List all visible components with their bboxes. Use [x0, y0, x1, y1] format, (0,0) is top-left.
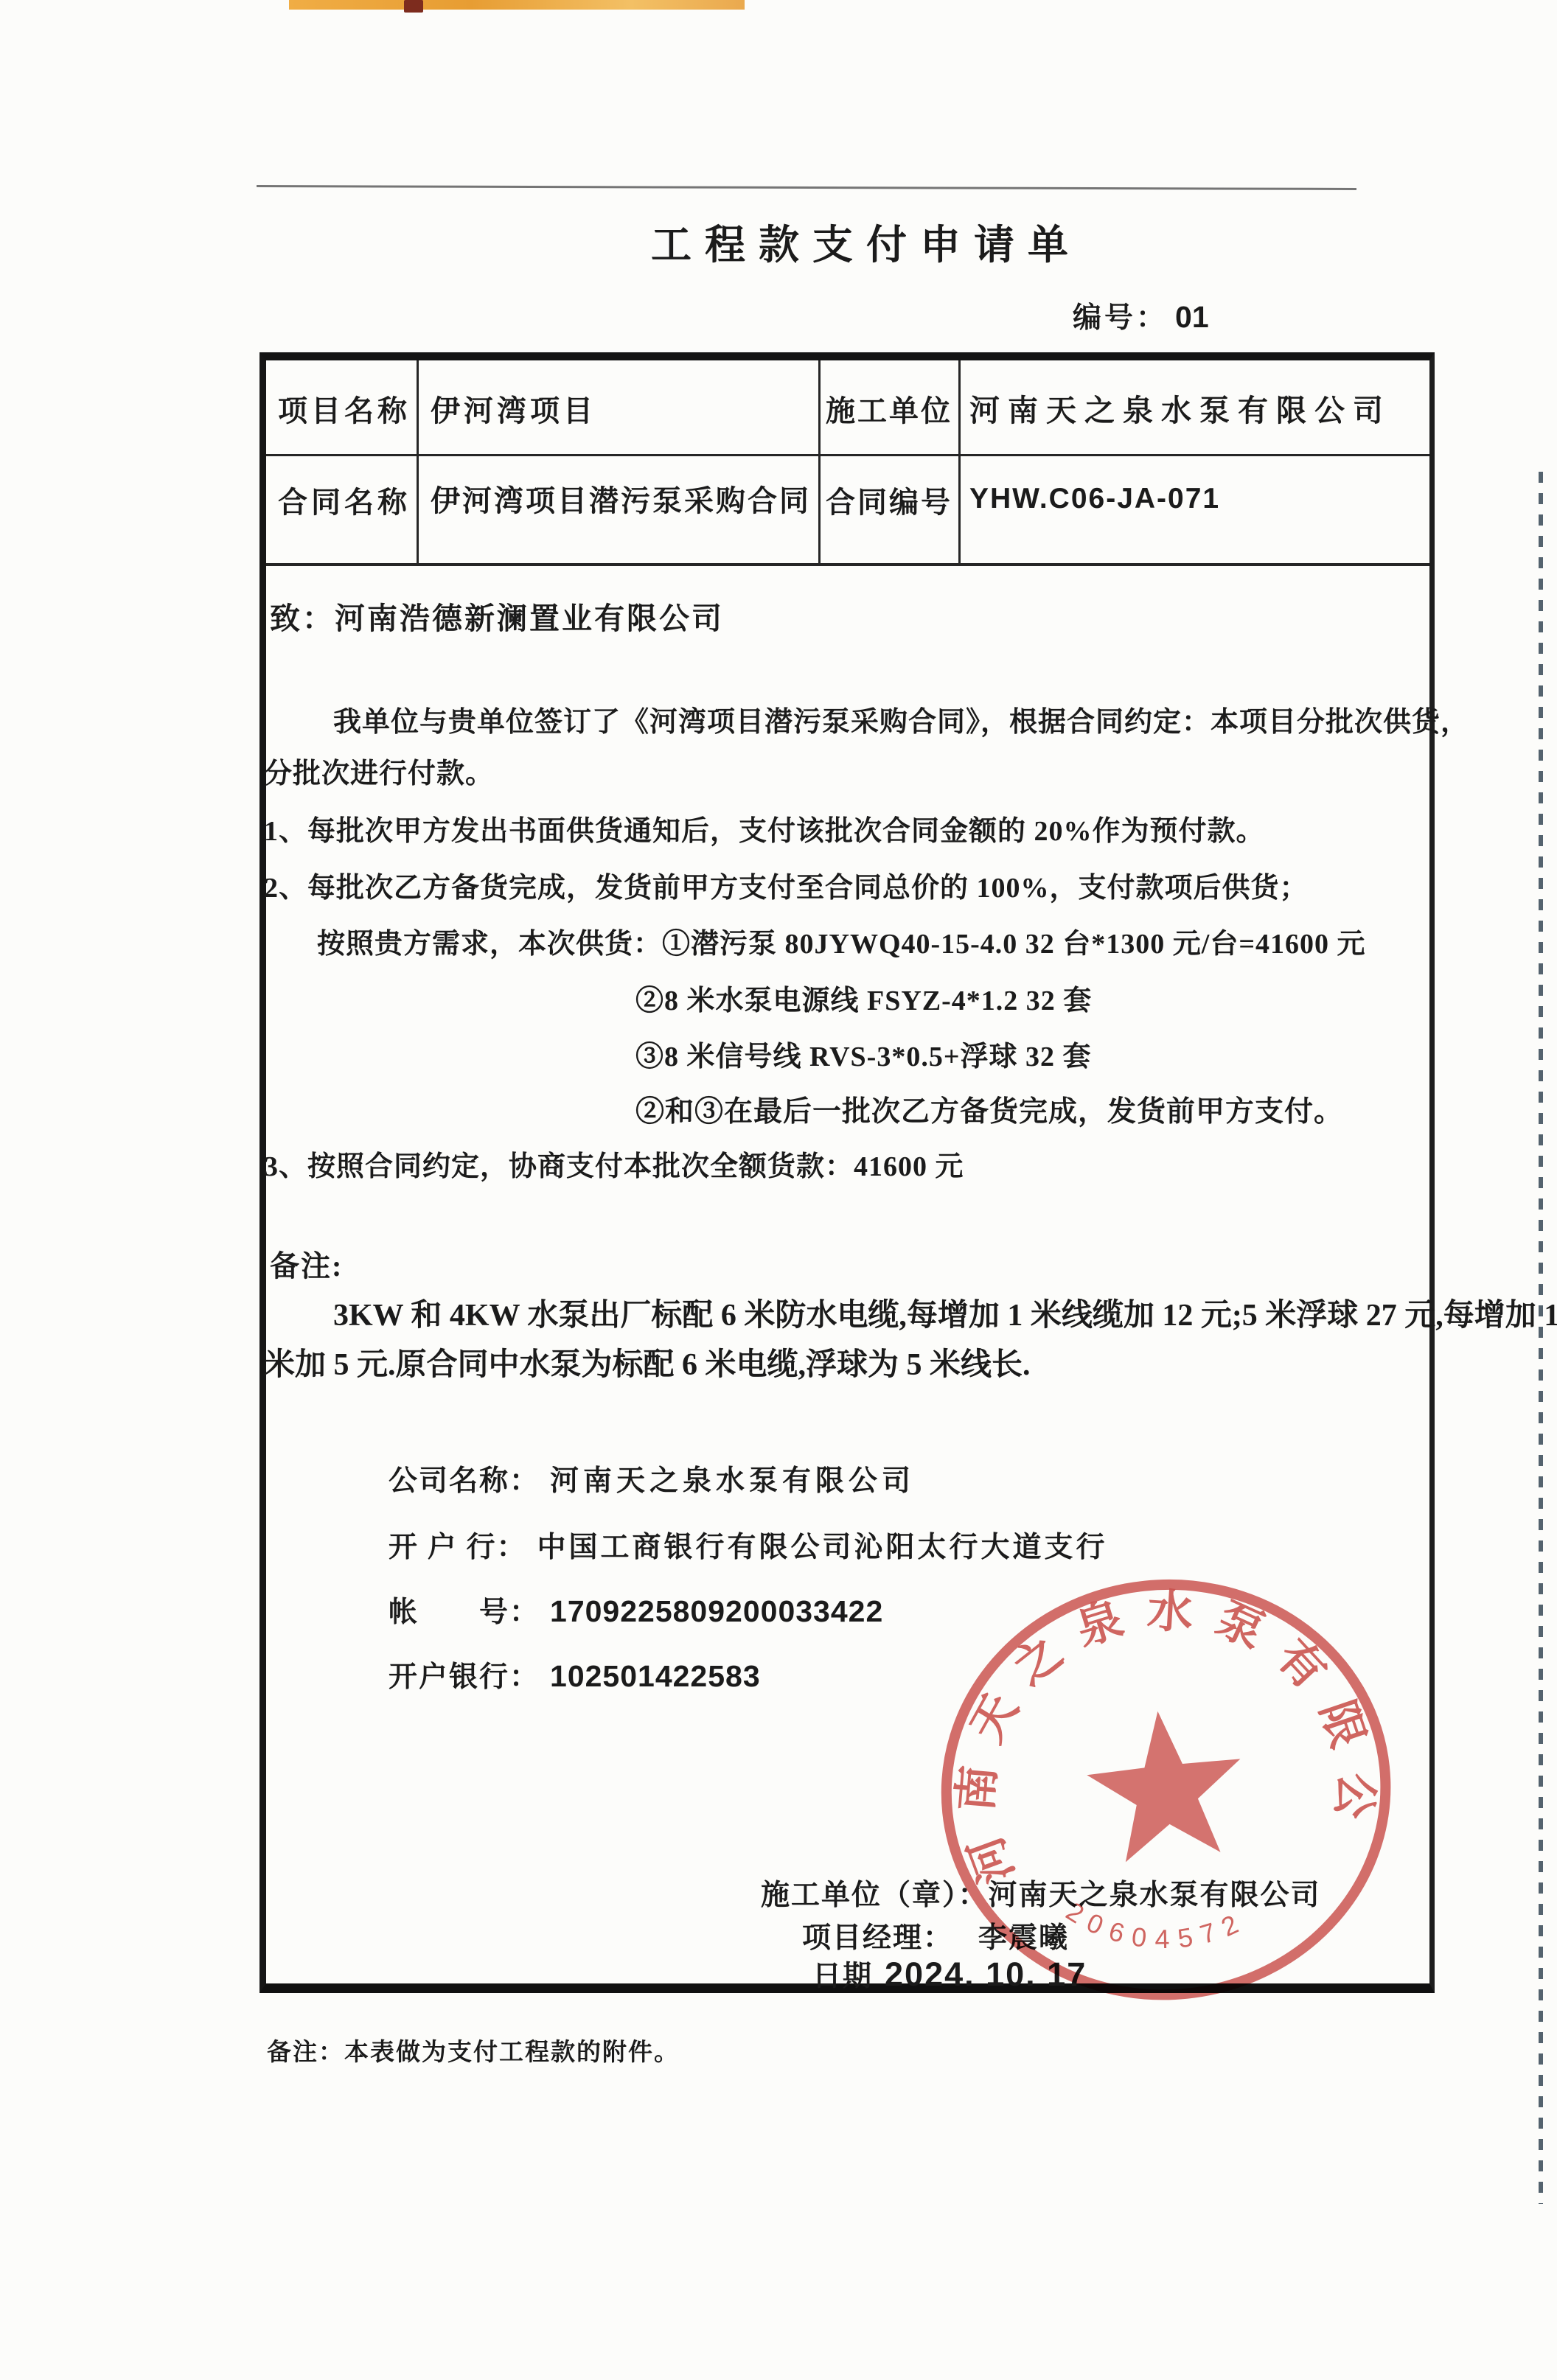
clause-2: 2、每批次乙方备货完成，发货前甲方支付至合同总价的 100%，支付款项后供货； — [264, 865, 1309, 905]
remark-line-2: 米加 5 元.原合同中水泵为标配 6 米电缆,浮球为 5 米线长. — [264, 1340, 1031, 1384]
bank-branch-label: 开 户 行： — [389, 1524, 527, 1566]
account-number-value: 1709225809200033422 — [550, 1594, 883, 1629]
clause-2-supply-item-1: 按照贵方需求，本次供货：①潜污泵 80JYWQ40-15-4.0 32 台*13… — [317, 921, 1366, 961]
intro-paragraph-line2: 分批次进行付款。 — [264, 750, 494, 791]
table-col-divider-2 — [818, 360, 821, 565]
clause-3: 3、按照合同约定，协商支付本批次全额货款：41600 元 — [264, 1143, 964, 1184]
contract-no-value: YHW.C06-JA-071 — [969, 483, 1220, 515]
contract-name-value: 伊河湾项目潜污泵采购合同 — [431, 478, 811, 520]
remark-line-1: 3KW 和 4KW 水泵出厂标配 6 米防水电缆,每增加 1 米线缆加 12 元… — [333, 1291, 1557, 1335]
serial-label: 编号： — [1073, 295, 1168, 336]
bank-clearing-number-value: 102501422583 — [550, 1659, 761, 1694]
account-number-line: 帐 号： 1709225809200033422 — [389, 1589, 883, 1630]
bank-branch-line: 开 户 行： 中国工商银行有限公司沁阳太行大道支行 — [389, 1524, 1108, 1566]
company-seal-svg: 河南天之泉水泵有限公司 20604572 — [916, 1552, 1418, 2034]
bank-clearing-number-line: 开户银行： 102501422583 — [389, 1654, 761, 1695]
company-seal-stamp: 河南天之泉水泵有限公司 20604572 — [916, 1552, 1418, 2034]
contract-name-label: 合同名称 — [278, 479, 411, 521]
scan-top-red-mark — [404, 0, 423, 13]
scanned-payment-request-form: 工程款支付申请单 编号： 01 项目名称 伊河湾项目 施工单位 河南天之泉水泵有… — [0, 0, 1557, 2380]
page-title: 工程款支付申请单 — [651, 212, 1081, 271]
clause-2-payment-note: ②和③在最后一批次乙方备货完成，发货前甲方支付。 — [635, 1089, 1343, 1130]
company-name-value: 河南天之泉水泵有限公司 — [550, 1458, 915, 1499]
serial-value: 01 — [1175, 300, 1209, 335]
table-col-divider-3 — [958, 360, 961, 565]
project-manager-label: 项目经理： — [802, 1915, 953, 1956]
construction-unit-label: 施工单位 — [826, 388, 952, 430]
clause-2-supply-item-2: ②8 米水泵电源线 FSYZ-4*1.2 32 套 — [635, 977, 1092, 1018]
remark-label: 备注: — [270, 1243, 343, 1285]
date-label: 日期 — [812, 1953, 873, 1995]
clause-1: 1、每批次甲方发出书面供货通知后，支付该批次合同金额的 20%作为预付款。 — [264, 808, 1265, 848]
scan-right-edge-artifact — [1539, 472, 1543, 2204]
seal-star-icon — [1081, 1703, 1250, 1866]
bank-branch-value: 中国工商银行有限公司沁阳太行大道支行 — [537, 1524, 1108, 1566]
contract-no-label: 合同编号 — [826, 479, 952, 521]
company-name-label: 公司名称： — [389, 1458, 540, 1499]
footer-note: 备注：本表做为支付工程款的附件。 — [267, 2033, 680, 2067]
serial-number-line: 编号： 01 — [1073, 295, 1209, 336]
bank-clearing-number-label: 开户银行： — [389, 1654, 540, 1695]
addressee-line: 致：河南浩德新澜置业有限公司 — [270, 594, 724, 638]
construction-unit-value: 河南天之泉水泵有限公司 — [969, 386, 1391, 430]
seal-ring-text: 河南天之泉水泵有限公司 — [916, 1552, 1389, 1896]
account-number-label: 帐 号： — [389, 1589, 540, 1630]
scan-top-orange-strip — [289, 0, 745, 10]
paper-top-edge-line — [257, 185, 1356, 190]
company-name-line: 公司名称： 河南天之泉水泵有限公司 — [389, 1458, 915, 1499]
seal-serial-number: 20604572 — [1059, 1878, 1253, 1966]
clause-2-supply-item-3: ③8 米信号线 RVS-3*0.5+浮球 32 套 — [635, 1033, 1092, 1074]
table-bottom-divider — [266, 563, 1429, 566]
project-name-label: 项目名称 — [278, 388, 411, 430]
project-name-value: 伊河湾项目 — [431, 388, 596, 430]
table-col-divider-1 — [417, 360, 419, 565]
intro-paragraph-line1: 我单位与贵单位签订了《河湾项目潜污泵采购合同》，根据合同约定：本项目分批次供货， — [333, 699, 1469, 739]
table-row-divider — [266, 454, 1429, 456]
